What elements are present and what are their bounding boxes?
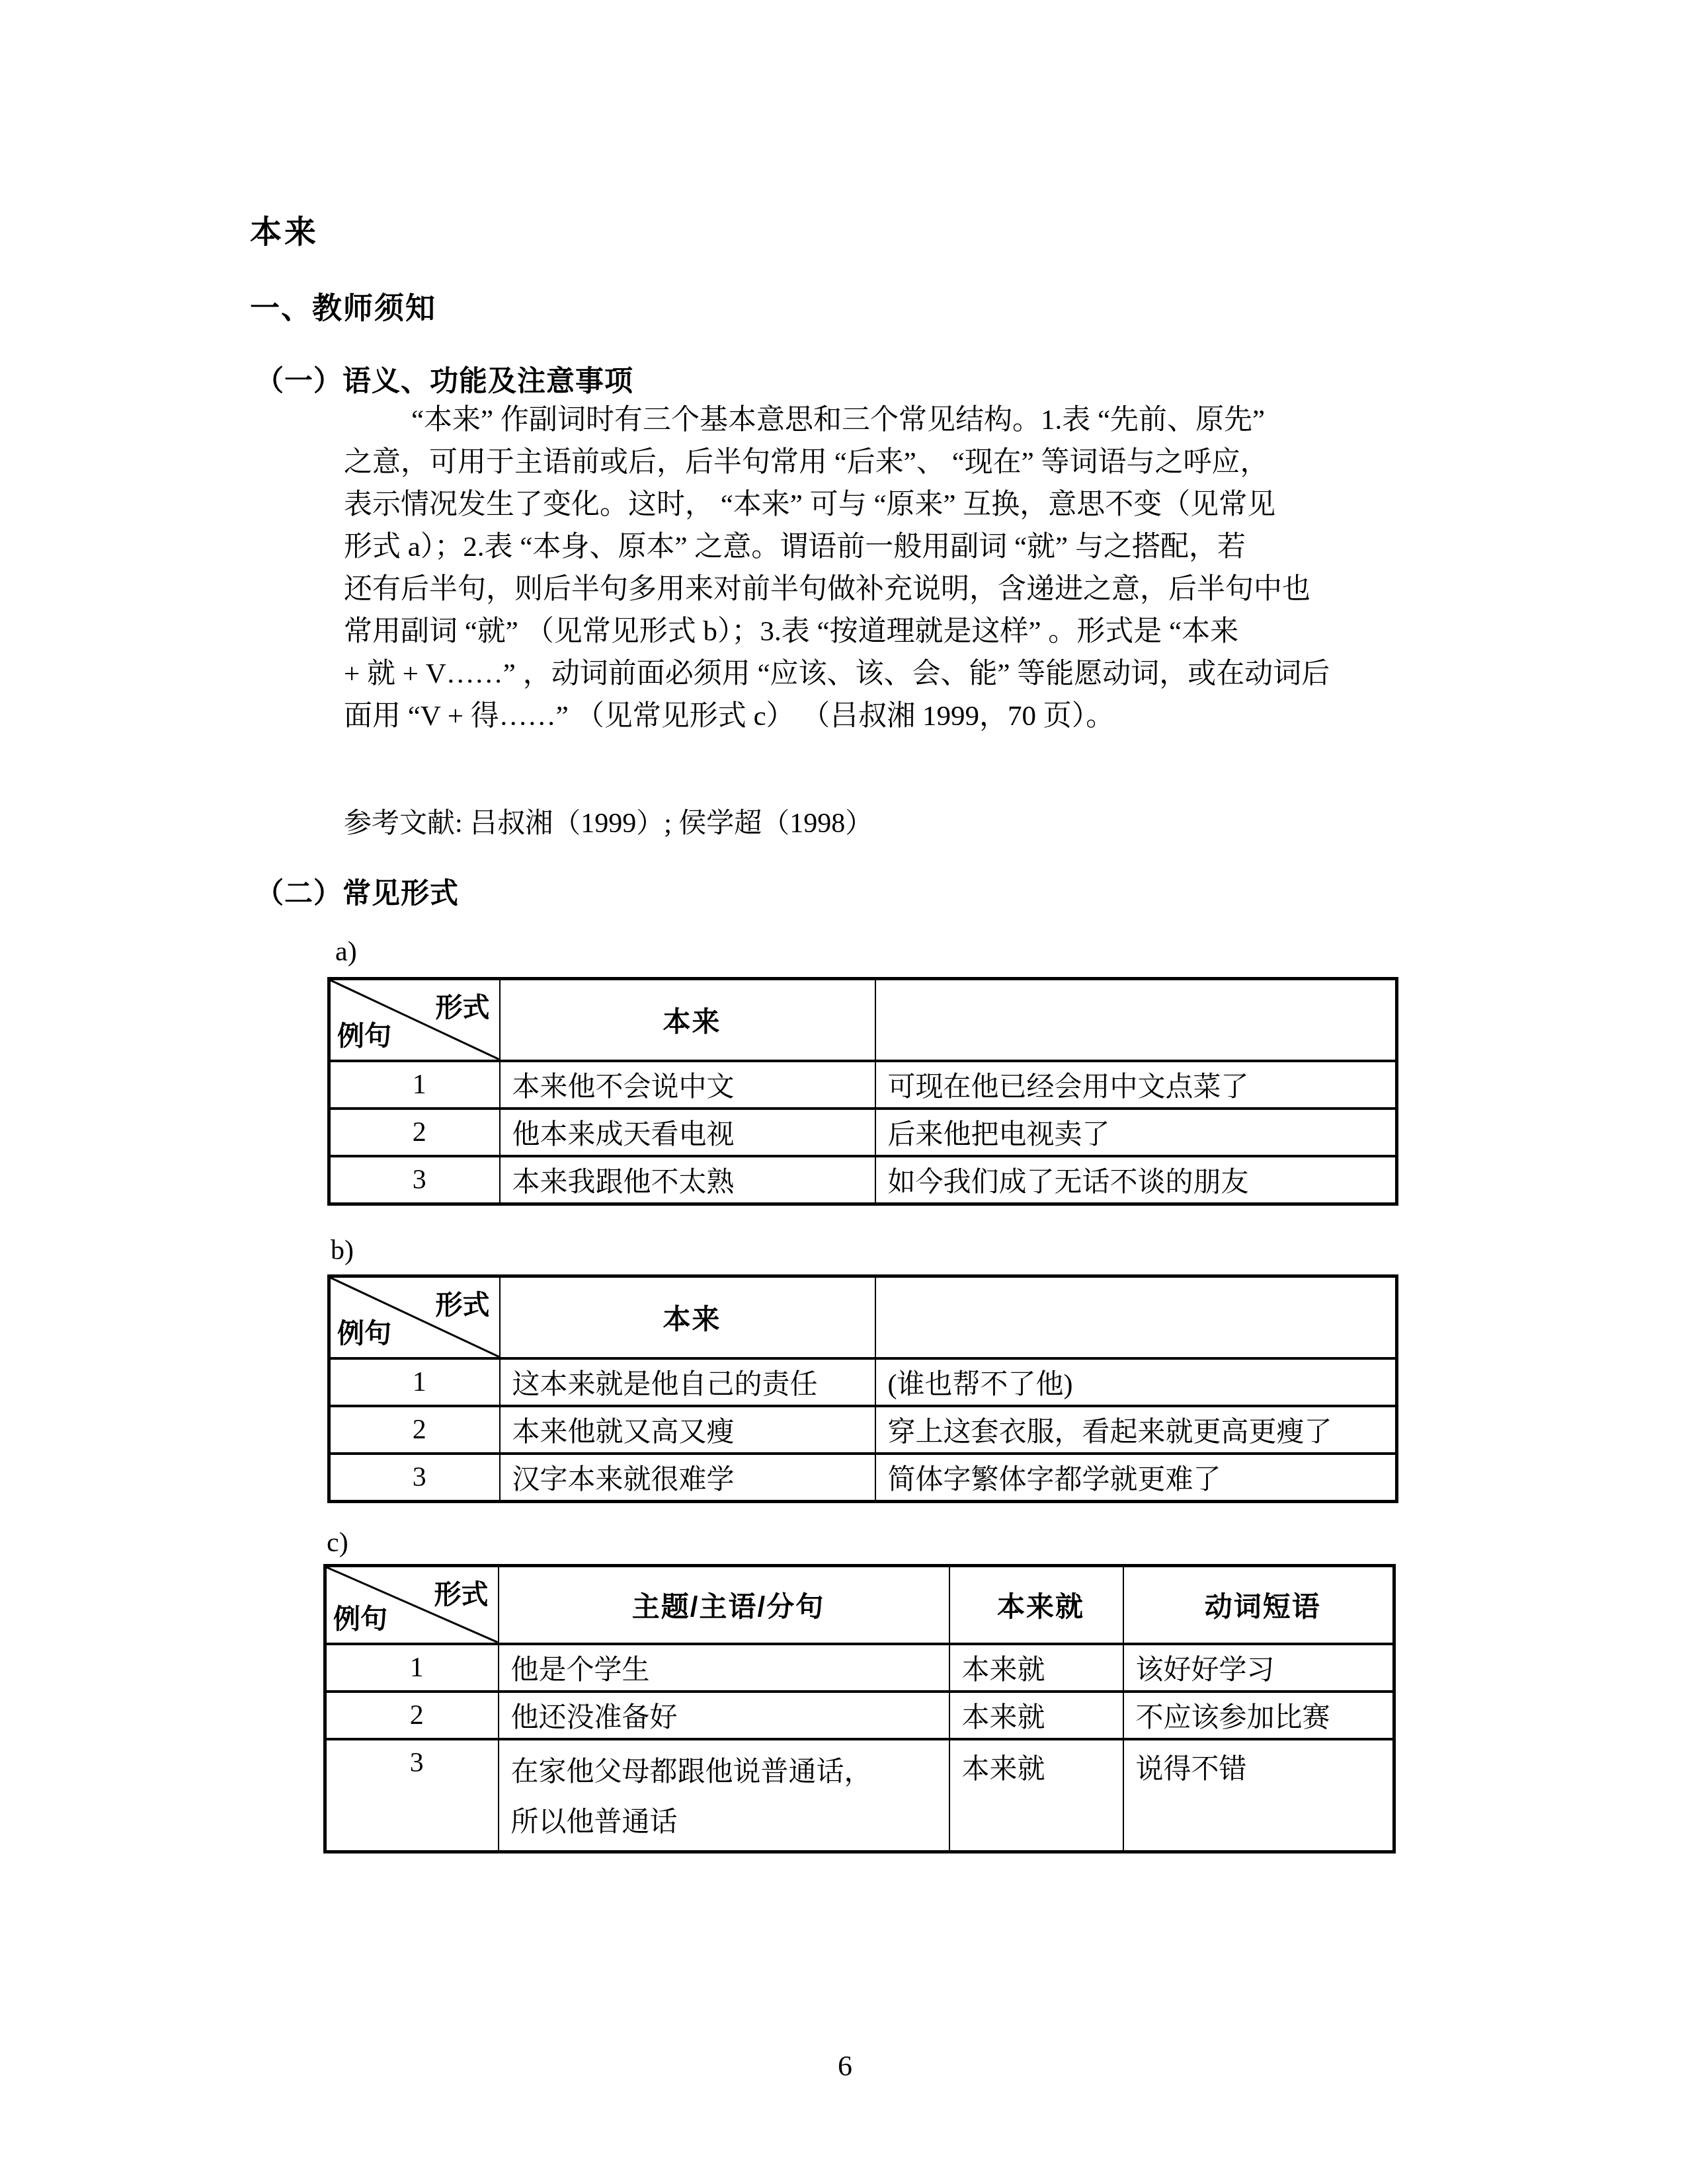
- verb-phrase-cell: 该好好学习: [1123, 1644, 1394, 1692]
- follow-up-cell: 后来他把电视卖了: [875, 1109, 1397, 1156]
- row-number: 3: [329, 1454, 500, 1502]
- topic-line: 在家他父母都跟他说普通话，: [511, 1747, 946, 1797]
- table-c-corner-cell: 形式 例句: [325, 1566, 499, 1644]
- paragraph-line: 形式 a）；2.表 “本身、原本” 之意。谓语前一般用副词 “就” 与之搭配，若: [344, 526, 1382, 568]
- follow-up-cell: (谁也帮不了他): [875, 1358, 1397, 1406]
- table-b-label: b): [331, 1235, 354, 1267]
- topic-cell: 在家他父母都跟他说普通话， 所以他普通话: [499, 1739, 949, 1852]
- table-row: 3 在家他父母都跟他说普通话， 所以他普通话 本来就 说得不错: [325, 1739, 1394, 1852]
- table-c-col-header-benlaijiu: 本来就: [949, 1566, 1123, 1644]
- table-a-corner-cell: 形式 例句: [329, 979, 500, 1061]
- follow-up-cell: 简体字繁体字都学就更难了: [875, 1454, 1397, 1502]
- paragraph-line: 常用副词 “就” （见常见形式 b）；3.表 “按道理就是这样” 。形式是 “本…: [344, 611, 1382, 653]
- topic-cell: 他是个学生: [499, 1644, 949, 1692]
- row-number: 1: [325, 1644, 499, 1692]
- paragraph-line: 还有后半句，则后半句多用来对前半句做补充说明，含递进之意，后半句中也: [344, 568, 1382, 611]
- table-c-header-row: 形式 例句 主题/主语/分句 本来就 动词短语: [325, 1566, 1394, 1644]
- row-number: 2: [329, 1109, 500, 1156]
- row-number: 3: [329, 1156, 500, 1204]
- paragraph-line: “本来” 作副词时有三个基本意思和三个常见结构。1.表 “先前、原先”: [344, 399, 1382, 442]
- row-number: 1: [329, 1061, 500, 1109]
- table-a-label: a): [335, 936, 357, 968]
- benlaijiu-cell: 本来就: [949, 1739, 1123, 1852]
- example-cell: 这本来就是他自己的责任: [500, 1358, 875, 1406]
- paragraph-line: 表示情况发生了变化。这时， “本来” 可与 “原来” 互换，意思不变（见常见: [344, 484, 1382, 526]
- example-cell: 本来他不会说中文: [500, 1061, 875, 1109]
- paragraph-line: 之意，可用于主语前或后，后半句常用 “后来”、 “现在” 等词语与之呼应，: [344, 442, 1382, 484]
- verb-phrase-cell: 说得不错: [1123, 1739, 1394, 1852]
- table-row: 1 他是个学生 本来就 该好好学习: [325, 1644, 1394, 1692]
- corner-label-example: 例句: [333, 1597, 387, 1636]
- document-page: 本来 一、教师须知 （一）语义、功能及注意事项 “本来” 作副词时有三个基本意思…: [0, 0, 1690, 2184]
- benlaijiu-cell: 本来就: [949, 1644, 1123, 1692]
- section-1-heading: 一、教师须知: [250, 284, 436, 327]
- paragraph-line: + 就 + V……” ，动词前面必须用 “应该、该、会、能” 等能愿动词，或在动…: [344, 653, 1382, 695]
- reference-line: 参考文献: 吕叔湘（1999）; 侯学超（1998）: [344, 801, 873, 841]
- table-row: 2 本来他就又高又瘦 穿上这套衣服，看起来就更高更瘦了: [329, 1406, 1397, 1454]
- benlaijiu-cell: 本来就: [949, 1692, 1123, 1739]
- row-number: 2: [325, 1692, 499, 1739]
- corner-label-form: 形式: [436, 1283, 490, 1322]
- follow-up-cell: 如今我们成了无话不谈的朋友: [875, 1156, 1397, 1204]
- table-row: 2 他还没准备好 本来就 不应该参加比赛: [325, 1692, 1394, 1739]
- example-cell: 他本来成天看电视: [500, 1109, 875, 1156]
- corner-label-example: 例句: [337, 1014, 391, 1053]
- table-b-corner-cell: 形式 例句: [329, 1276, 500, 1358]
- table-b-col-header: 本来: [500, 1276, 875, 1358]
- paragraph-line: 面用 “V + 得……” （见常见形式 c） （吕叔湘 1999，70 页）。: [344, 695, 1382, 738]
- page-number: 6: [0, 2049, 1690, 2083]
- follow-up-cell: 穿上这套衣服，看起来就更高更瘦了: [875, 1406, 1397, 1454]
- doc-title: 本来: [250, 206, 319, 252]
- table-row: 3 本来我跟他不太熟 如今我们成了无话不谈的朋友: [329, 1156, 1397, 1204]
- table-b-header-row: 形式 例句 本来: [329, 1276, 1397, 1358]
- table-b: 形式 例句 本来 1 这本来就是他自己的责任 (谁也帮不了他) 2 本来他就又高…: [327, 1274, 1398, 1503]
- table-c: 形式 例句 主题/主语/分句 本来就 动词短语 1 他是个学生 本来就 该好好学…: [323, 1564, 1396, 1853]
- table-row: 1 这本来就是他自己的责任 (谁也帮不了他): [329, 1358, 1397, 1406]
- table-row: 3 汉字本来就很难学 简体字繁体字都学就更难了: [329, 1454, 1397, 1502]
- table-a-col-header-empty: [875, 979, 1397, 1061]
- table-a-header-row: 形式 例句 本来: [329, 979, 1397, 1061]
- table-c-col-header-topic: 主题/主语/分句: [499, 1566, 949, 1644]
- row-number: 2: [329, 1406, 500, 1454]
- table-c-col-header-verb: 动词短语: [1123, 1566, 1394, 1644]
- corner-label-form: 形式: [436, 986, 490, 1025]
- table-a-col-header: 本来: [500, 979, 875, 1061]
- table-row: 1 本来他不会说中文 可现在他已经会用中文点菜了: [329, 1061, 1397, 1109]
- table-b-col-header-empty: [875, 1276, 1397, 1358]
- table-row: 2 他本来成天看电视 后来他把电视卖了: [329, 1109, 1397, 1156]
- example-cell: 汉字本来就很难学: [500, 1454, 875, 1502]
- subsection-1-2-heading: （二）常见形式: [255, 871, 459, 912]
- follow-up-cell: 可现在他已经会用中文点菜了: [875, 1061, 1397, 1109]
- example-cell: 本来我跟他不太熟: [500, 1156, 875, 1204]
- topic-line: 所以他普通话: [511, 1797, 946, 1848]
- example-cell: 本来他就又高又瘦: [500, 1406, 875, 1454]
- row-number: 1: [329, 1358, 500, 1406]
- intro-paragraph: “本来” 作副词时有三个基本意思和三个常见结构。1.表 “先前、原先” 之意，可…: [344, 399, 1382, 738]
- subsection-1-1-heading: （一）语义、功能及注意事项: [255, 359, 633, 399]
- table-c-label: c): [327, 1527, 348, 1559]
- corner-label-form: 形式: [434, 1573, 489, 1612]
- row-number: 3: [325, 1739, 499, 1852]
- topic-cell: 他还没准备好: [499, 1692, 949, 1739]
- verb-phrase-cell: 不应该参加比赛: [1123, 1692, 1394, 1739]
- corner-label-example: 例句: [337, 1311, 391, 1350]
- table-a: 形式 例句 本来 1 本来他不会说中文 可现在他已经会用中文点菜了 2 他本来成…: [327, 977, 1398, 1206]
